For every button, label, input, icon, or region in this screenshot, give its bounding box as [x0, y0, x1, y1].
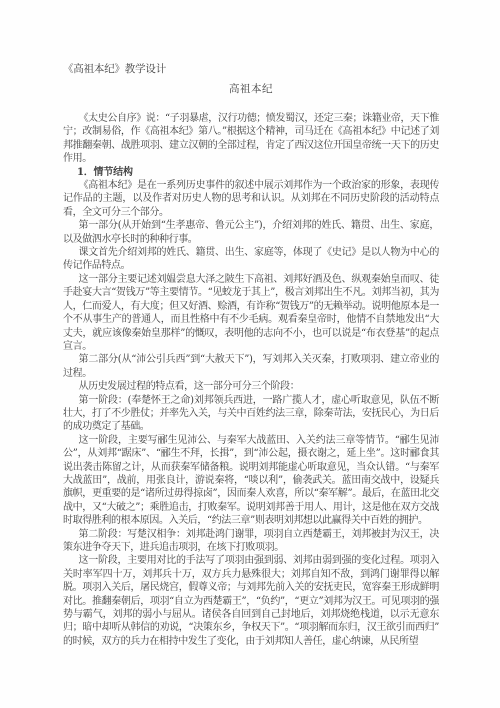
section-heading-plot-structure: 1．情节结构: [63, 166, 439, 179]
document-page: 《高祖本纪》教学设计 高祖本纪 《太史公自序》说：“子羽暴虐，汉行功德；愤发蜀汉…: [0, 0, 500, 708]
paragraph: 从历史发展过程的特点看，这一部分可分三个阶段：: [63, 380, 439, 393]
paragraph: 第一部分(从开始到“生孝惠帝、鲁元公主”)，介绍刘邦的姓氏、籍贯、出生、家庭，以…: [63, 219, 439, 246]
paragraph: 《高祖本纪》是在一系列历史事件的叙述中展示刘邦作为一个政治家的形象，表现传记作品…: [63, 179, 439, 219]
doc-title: 《高祖本纪》教学设计: [63, 62, 439, 76]
intro-paragraph: 《太史公自序》说：“子羽暴虐，汉行功德；愤发蜀汉，还定三秦；诛籍业帝，天下惟宁；…: [63, 112, 439, 166]
paragraph: 这一阶段，主要写郦生见沛公、与秦军大战蓝田、入关约法三章等情节。“郦生见沛公”，…: [63, 434, 439, 528]
paragraph: 第二部分(从“沛公引兵西”到“大赦天下”)，写刘邦入关灭秦，打败项羽、建立帝业的…: [63, 353, 439, 380]
paragraph: 课文首先介绍刘邦的姓氏、籍贯、出生、家庭等，体现了《史记》是以人物为中心的传记作…: [63, 246, 439, 273]
paragraph: 第一阶段：(奉楚怀王之命)刘邦领兵西进，一路广揽人才，虚心听取意见，队伍不断壮大…: [63, 394, 439, 434]
paragraph: 这一阶段，主要用对比的手法写了项羽由强到弱、刘邦由弱到强的变化过程。项羽入关时率…: [63, 554, 439, 648]
paragraph: 第二阶段：写楚汉相争：刘邦赴鸿门谢罪，项羽自立西楚霸王，刘邦被封为汉王，决策东进…: [63, 528, 439, 555]
center-title: 高祖本纪: [63, 82, 439, 96]
document-body: 《高祖本纪》教学设计 高祖本纪 《太史公自序》说：“子羽暴虐，汉行功德；愤发蜀汉…: [63, 62, 439, 648]
paragraph: 这一部分主要记述刘媪尝息大泽之陂生下高祖、刘邦好酒及色、纵观秦始皇而叹、徒手赴宴…: [63, 273, 439, 353]
